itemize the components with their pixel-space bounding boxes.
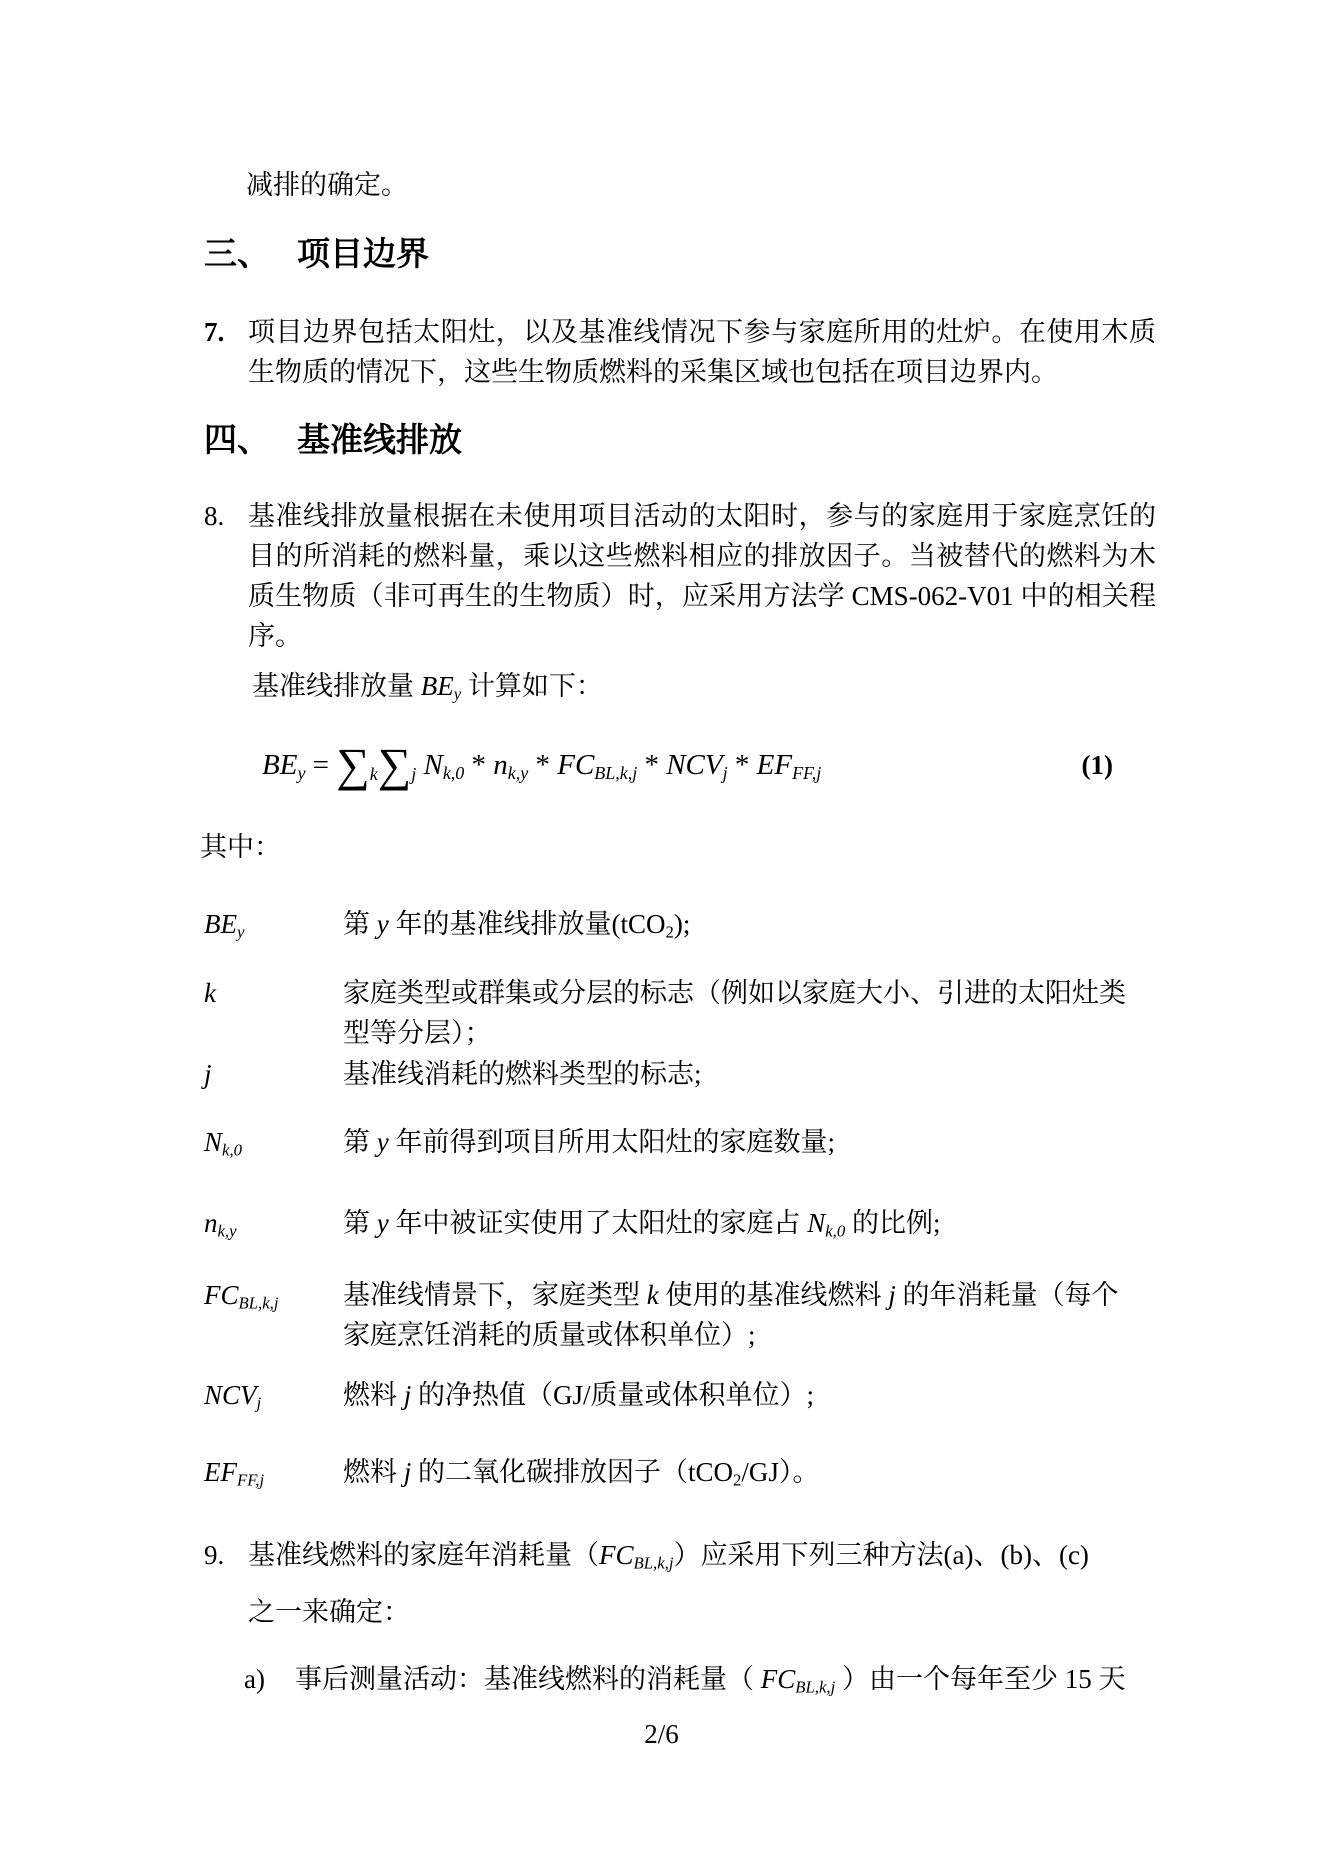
section-number: 三、 <box>204 233 297 277</box>
variable-symbol: BEy <box>204 904 343 944</box>
section-title: 项目边界 <box>297 237 429 273</box>
variable-row-EFFFj: EFFF,j 燃料 j 的二氧化碳排放因子（tCO2/GJ）。 <box>204 1452 1156 1492</box>
variable-row-NCVj: NCVj 燃料 j 的净热值（GJ/质量或体积单位）; <box>204 1375 1156 1415</box>
variable-row-Nk0: Nk,0 第 y 年前得到项目所用太阳灶的家庭数量; <box>204 1122 1156 1162</box>
variable-symbol: EFFF,j <box>204 1452 343 1492</box>
paragraph-number: 9. <box>204 1535 248 1632</box>
equation-1-formula: BEy = ∑k∑j Nk,0 * nk,y * FCBL,k,j * NCVj… <box>262 749 821 781</box>
section-heading-project-boundary: 三、项目边界 <box>204 233 1323 277</box>
document-page: 减排的确定。 三、项目边界 7. 项目边界包括太阳灶，以及基准线情况下参与家庭所… <box>0 0 1323 1871</box>
paragraph-9: 9. 基准线燃料的家庭年消耗量（FCBL,k,j）应采用下列三种方法(a)、(b… <box>204 1535 1156 1632</box>
variable-definitions: BEy 第 y 年的基准线排放量(tCO2); k 家庭类型或群集或分层的标志（… <box>204 904 1156 1492</box>
list-item-label: a) <box>244 1659 295 1699</box>
where-label: 其中： <box>200 827 1323 867</box>
paragraph-9-line2: 之一来确定： <box>248 1592 1156 1632</box>
variable-symbol: nk,y <box>204 1203 343 1243</box>
paragraph-text: 基准线燃料的家庭年消耗量（FCBL,k,j）应采用下列三种方法(a)、(b)、(… <box>248 1535 1156 1632</box>
list-item-a: a) 事后测量活动：基准线燃料的消耗量（ FCBL,k,j ）由一个每年至少 1… <box>244 1659 1156 1699</box>
variable-row-nky: nk,y 第 y 年中被证实使用了太阳灶的家庭占 Nk,0 的比例; <box>204 1203 1156 1243</box>
list-item-text: 事后测量活动：基准线燃料的消耗量（ FCBL,k,j ）由一个每年至少 15 天 <box>295 1659 1156 1699</box>
paragraph-8: 8. 基准线排放量根据在未使用项目活动的太阳时，参与的家庭用于家庭烹饪的目的所消… <box>204 496 1156 656</box>
variable-definition: 第 y 年中被证实使用了太阳灶的家庭占 Nk,0 的比例; <box>343 1203 1133 1243</box>
paragraph-text: 项目边界包括太阳灶，以及基准线情况下参与家庭所用的灶炉。在使用木质生物质的情况下… <box>248 312 1156 392</box>
variable-definition: 第 y 年的基准线排放量(tCO2); <box>343 904 1133 944</box>
variable-symbol: k <box>204 973 343 1053</box>
variable-definition: 基准线消耗的燃料类型的标志; <box>343 1054 1133 1094</box>
paragraph-number: 8. <box>204 496 248 656</box>
continuation-line: 减排的确定。 <box>246 165 1323 205</box>
variable-row-BEy: BEy 第 y 年的基准线排放量(tCO2); <box>204 904 1156 944</box>
variable-row-j: j 基准线消耗的燃料类型的标志; <box>204 1054 1156 1094</box>
variable-symbol: NCVj <box>204 1375 343 1415</box>
variable-definition: 第 y 年前得到项目所用太阳灶的家庭数量; <box>343 1122 1133 1162</box>
equation-number: (1) <box>1082 733 1113 797</box>
variable-symbol: Nk,0 <box>204 1122 343 1162</box>
paragraph-text: 基准线排放量根据在未使用项目活动的太阳时，参与的家庭用于家庭烹饪的目的所消耗的燃… <box>248 496 1156 656</box>
variable-symbol: FCBL,k,j <box>204 1275 343 1355</box>
paragraph-9-line1: 基准线燃料的家庭年消耗量（FCBL,k,j）应采用下列三种方法(a)、(b)、(… <box>248 1535 1156 1575</box>
paragraph-number: 7. <box>204 312 248 392</box>
section-number: 四、 <box>204 419 297 463</box>
variable-row-FCBLkj: FCBL,k,j 基准线情景下，家庭类型 k 使用的基准线燃料 j 的年消耗量（… <box>204 1275 1156 1355</box>
variable-symbol: j <box>204 1054 343 1094</box>
formula-intro: 基准线排放量 BEy 计算如下： <box>252 664 1323 708</box>
equation-1-row: BEy = ∑k∑j Nk,0 * nk,y * FCBL,k,j * NCVj… <box>0 733 1323 797</box>
page-number: 2/6 <box>0 1714 1323 1754</box>
section-heading-baseline-emissions: 四、基准线排放 <box>204 419 1323 463</box>
paragraph-7: 7. 项目边界包括太阳灶，以及基准线情况下参与家庭所用的灶炉。在使用木质生物质的… <box>204 312 1156 392</box>
variable-definition: 家庭类型或群集或分层的标志（例如以家庭大小、引进的太阳灶类型等分层）； <box>343 973 1133 1053</box>
variable-row-k: k 家庭类型或群集或分层的标志（例如以家庭大小、引进的太阳灶类型等分层）； <box>204 973 1156 1053</box>
variable-definition: 燃料 j 的二氧化碳排放因子（tCO2/GJ）。 <box>343 1452 1133 1492</box>
variable-definition: 基准线情景下，家庭类型 k 使用的基准线燃料 j 的年消耗量（每个家庭烹饪消耗的… <box>343 1275 1133 1355</box>
section-title: 基准线排放 <box>297 423 462 459</box>
variable-definition: 燃料 j 的净热值（GJ/质量或体积单位）; <box>343 1375 1133 1415</box>
